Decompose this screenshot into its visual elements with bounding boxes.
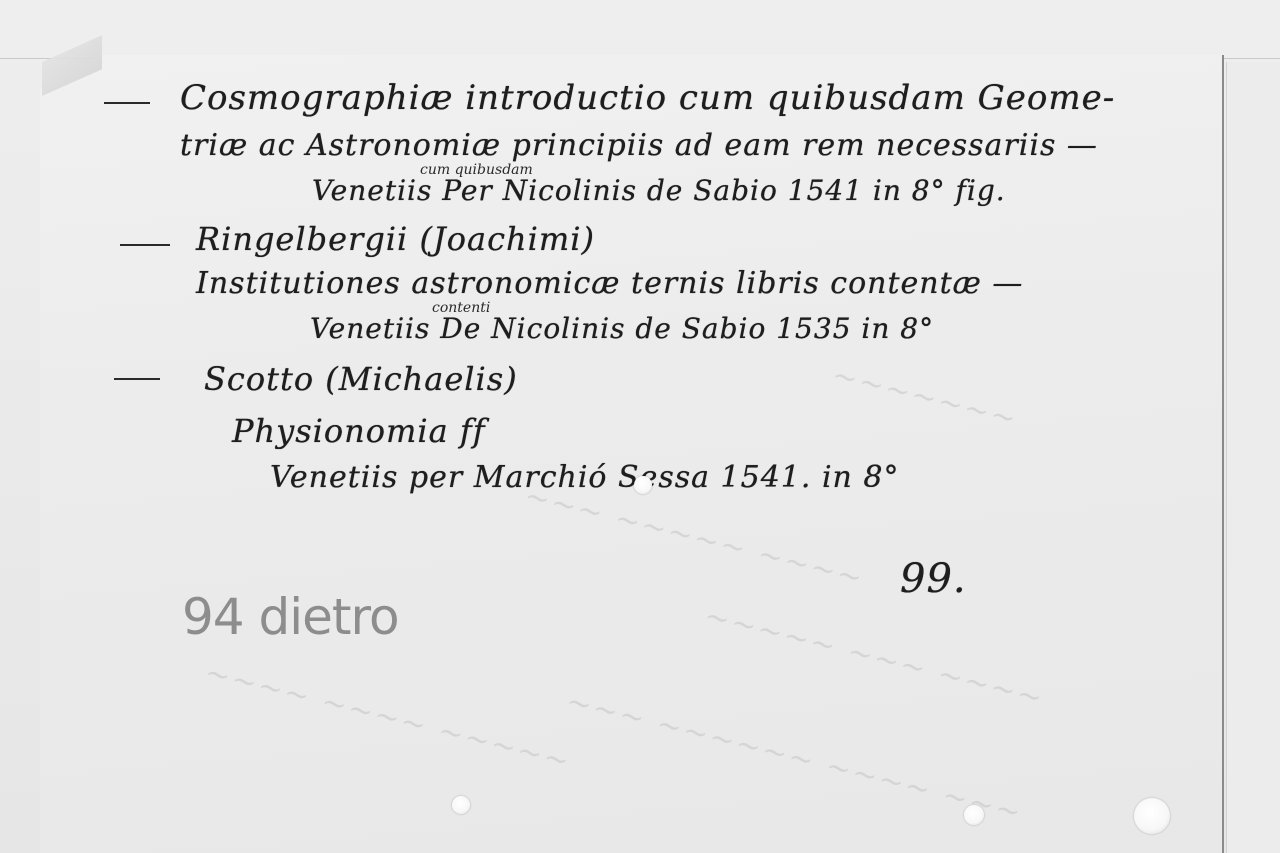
punch-hole bbox=[452, 796, 470, 814]
entry-2-author: Ringelbergii (Joachimi) bbox=[196, 220, 595, 258]
punch-hole bbox=[964, 805, 984, 825]
entry-1-imprint: Venetiis Per Nicolinis de Sabio 1541 in … bbox=[312, 174, 1006, 207]
pencil-note: 94 dietro bbox=[182, 588, 399, 646]
adjacent-page-edge bbox=[1226, 62, 1280, 853]
entry-2-imprint: Venetiis De Nicolinis de Sabio 1535 in 8… bbox=[310, 312, 934, 345]
entry-marker-dash bbox=[120, 244, 170, 246]
entry-1-title-line-2: triæ ac Astronomiæ principiis ad eam rem… bbox=[180, 128, 1098, 163]
punch-hole bbox=[1134, 798, 1170, 834]
entry-1-title-line-1: Cosmographiæ introductio cum quibusdam G… bbox=[180, 78, 1115, 118]
entry-3-imprint: Venetiis per Marchió Sessa 1541. in 8° bbox=[270, 460, 900, 495]
punch-hole bbox=[634, 476, 652, 494]
entry-marker-dash bbox=[104, 102, 150, 104]
entry-3-author: Scotto (Michaelis) bbox=[204, 360, 518, 398]
entry-2-title: Institutiones astronomicæ ternis libris … bbox=[196, 266, 1023, 301]
entry-3-title: Physionomia ff bbox=[232, 412, 486, 450]
card-number: 99. bbox=[900, 556, 967, 602]
entry-marker-dash bbox=[114, 378, 160, 380]
